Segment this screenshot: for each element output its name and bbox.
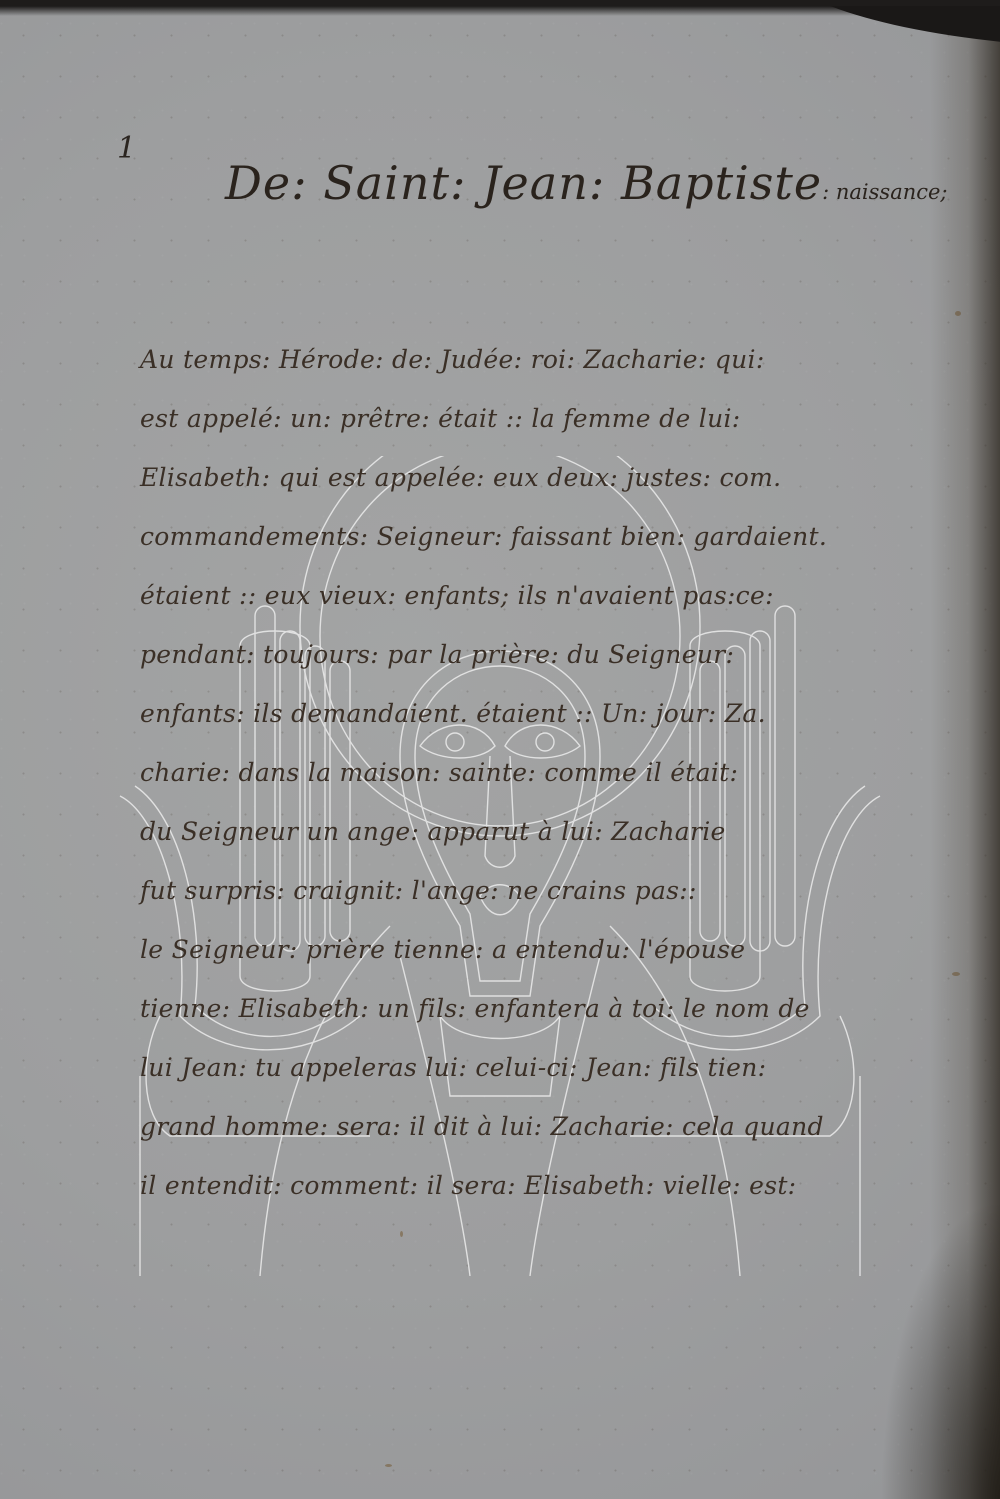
text-line: fut surpris: craignit: l'ange: ne crains… xyxy=(140,862,970,919)
text-line: charie: dans la maison: sainte: comme il… xyxy=(140,744,970,801)
text-line: pendant: toujours: par la prière: du Sei… xyxy=(140,626,970,683)
text-line: Au temps: Hérode: de: Judée: roi: Zachar… xyxy=(140,331,970,388)
text-line: est appelé: un: prêtre: était :: la femm… xyxy=(140,390,970,447)
text-line: étaient :: eux vieux: enfants; ils n'ava… xyxy=(140,567,970,624)
heading-title: De: Saint: Jean: Baptiste xyxy=(225,156,822,210)
text-line: le Seigneur: prière tienne: a entendu: l… xyxy=(140,921,970,978)
manuscript-page: 1 De: Saint: Jean: Baptiste: naissance; … xyxy=(0,6,1000,1499)
text-line: du Seigneur un ange: apparut à lui: Zach… xyxy=(140,803,970,860)
page-number: 1 xyxy=(117,131,136,166)
text-line: commandements: Seigneur: faissant bien: … xyxy=(140,508,970,565)
text-line: grand homme: sera: il dit à lui: Zachari… xyxy=(140,1098,970,1155)
manuscript-body: Au temps: Hérode: de: Judée: roi: Zachar… xyxy=(140,331,970,1216)
text-line: enfants: ils demandaient. étaient :: Un:… xyxy=(140,685,970,742)
text-line: il entendit: comment: il sera: Elisabeth… xyxy=(140,1157,970,1214)
text-line: Elisabeth: qui est appelée: eux deux: ju… xyxy=(140,449,970,506)
text-line: lui Jean: tu appeleras lui: celui-ci: Je… xyxy=(140,1039,970,1096)
heading-suffix: : naissance; xyxy=(822,180,947,204)
corner-shadow xyxy=(880,1199,1000,1499)
paper-speck xyxy=(385,1464,392,1467)
chapter-heading: De: Saint: Jean: Baptiste: naissance; xyxy=(225,156,948,210)
text-line: tienne: Elisabeth: un fils: enfantera à … xyxy=(140,980,970,1037)
paper-speck xyxy=(400,1231,403,1237)
